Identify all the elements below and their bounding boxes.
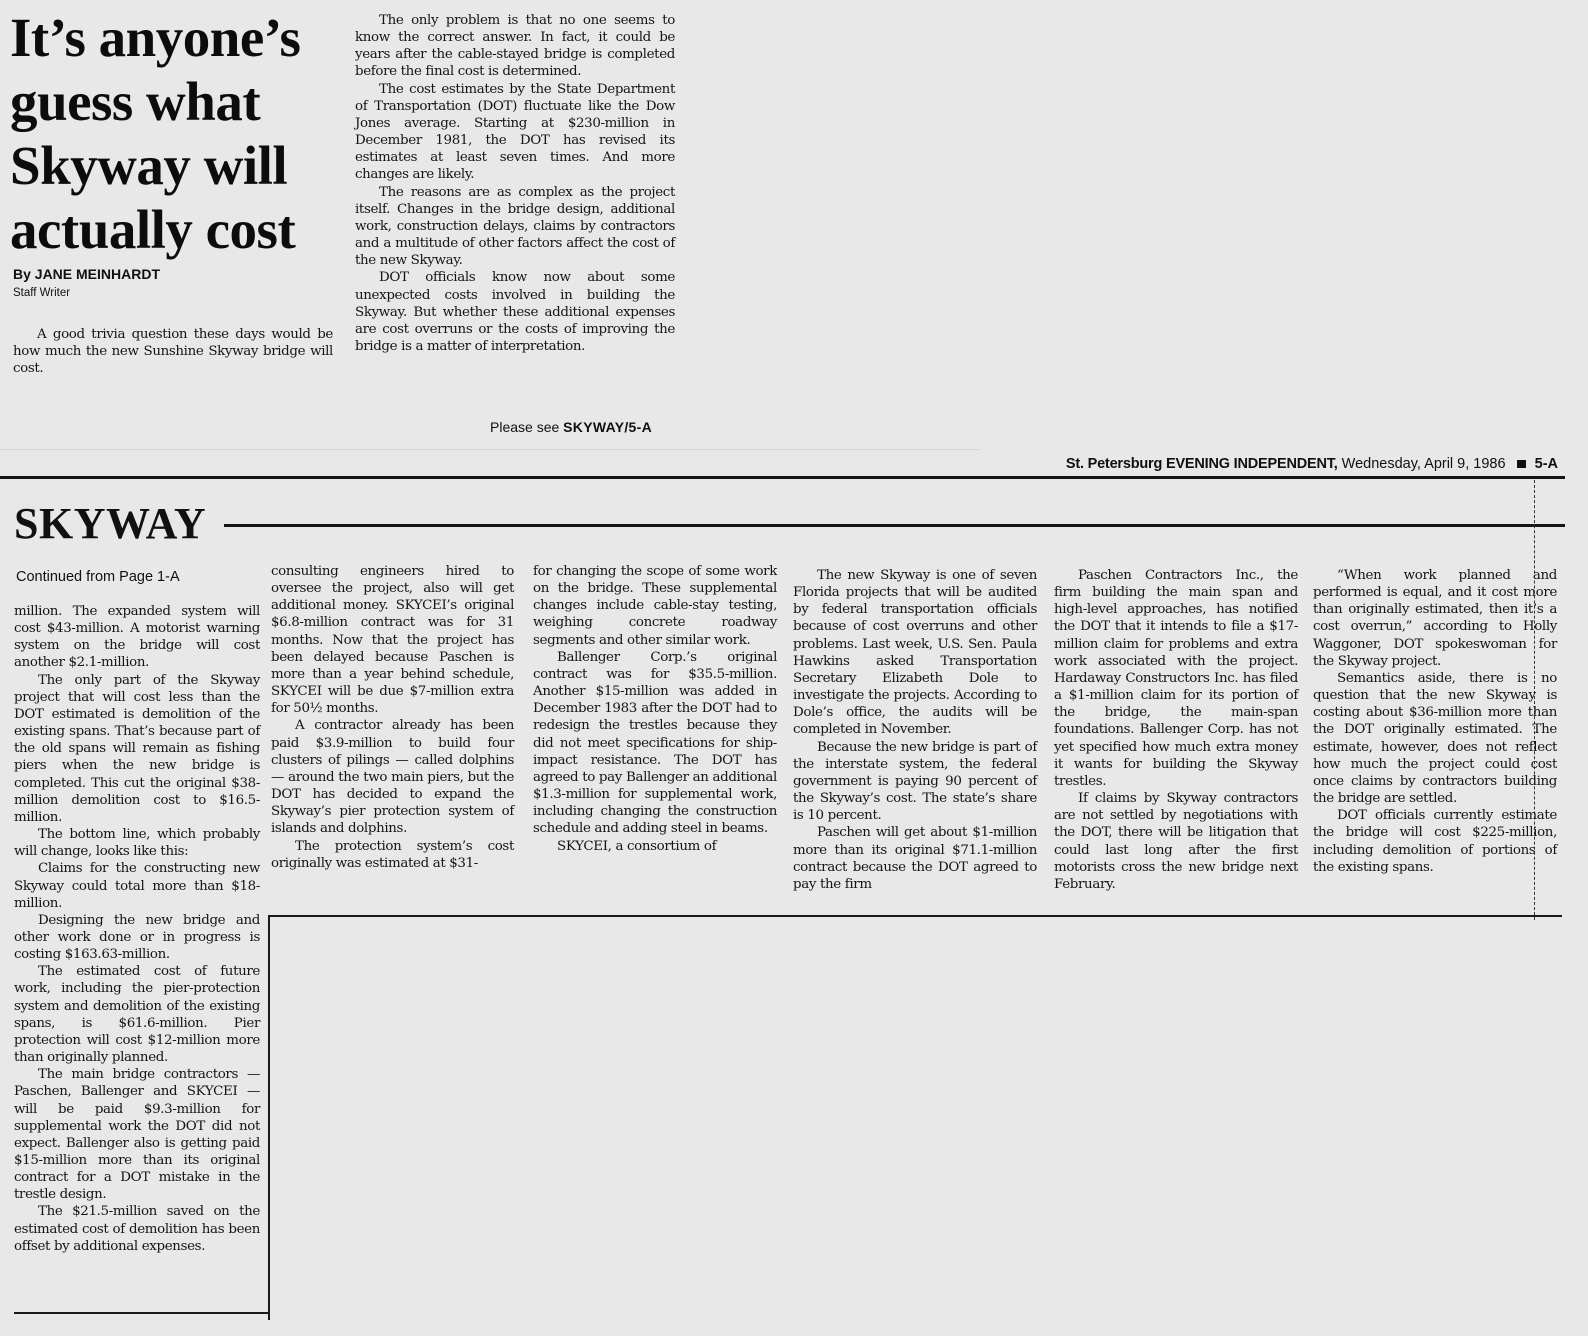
column-1-side-rule: [268, 915, 270, 1320]
paragraph: The only problem is that no one seems to…: [355, 12, 675, 81]
folio-date: Wednesday, April 9, 1986: [1342, 456, 1506, 472]
square-bullet-icon: [1517, 460, 1526, 468]
paragraph: consulting engineers hired to oversee th…: [271, 563, 514, 717]
jump-target: SKYWAY/5-A: [563, 419, 652, 435]
jump-headline-rule: [224, 524, 1565, 527]
paragraph: million. The expanded system will cost $…: [14, 603, 260, 672]
paragraph: SKYCEI, a consortium of: [533, 838, 777, 855]
clipping-edge-divider: [0, 449, 980, 450]
jump-headline: SKYWAY: [14, 498, 206, 550]
article-bottom-rule: [270, 915, 1562, 917]
paragraph: Paschen will get about $1-million more t…: [793, 824, 1037, 893]
paragraph: “When work planned and performed is equa…: [1313, 567, 1557, 670]
jump-prefix: Please see: [490, 419, 559, 435]
paragraph: The bottom line, which probably will cha…: [14, 826, 260, 860]
byline: By JANE MEINHARDT: [13, 265, 160, 283]
paragraph: The estimated cost of future work, inclu…: [14, 963, 260, 1066]
column-1-bottom-rule: [14, 1312, 270, 1314]
paragraph: The cost estimates by the State Departme…: [355, 81, 675, 184]
jump-column-4: The new Skyway is one of seven Florida p…: [793, 567, 1037, 893]
paragraph: DOT officials currently estimate the bri…: [1313, 807, 1557, 876]
front-page-column-2: The only problem is that no one seems to…: [355, 12, 675, 355]
continued-from-label: Continued from Page 1-A: [16, 568, 180, 586]
intro-column: A good trivia question these days would …: [13, 326, 333, 377]
paragraph: Claims for the constructing new Skyway c…: [14, 860, 260, 911]
paragraph: Semantics aside, there is no question th…: [1313, 670, 1557, 807]
jump-column-1: million. The expanded system will cost $…: [14, 603, 260, 1255]
paragraph: Because the new bridge is part of the in…: [793, 739, 1037, 825]
paragraph: Designing the new bridge and other work …: [14, 912, 260, 963]
page-folio: St. Petersburg EVENING INDEPENDENT, Wedn…: [1066, 455, 1558, 473]
paragraph: The $21.5-million saved on the estimated…: [14, 1203, 260, 1254]
byline-role: Staff Writer: [13, 286, 70, 300]
paragraph: The new Skyway is one of seven Florida p…: [793, 567, 1037, 739]
paragraph: Paschen Contractors Inc., the firm build…: [1054, 567, 1298, 790]
folio-rule: [0, 476, 1565, 479]
paragraph: The protection system’s cost originally …: [271, 838, 514, 872]
jump-column-3: for changing the scope of some work on t…: [533, 563, 777, 855]
jump-column-2: consulting engineers hired to oversee th…: [271, 563, 514, 872]
paragraph: The only part of the Skyway project that…: [14, 672, 260, 826]
paragraph: A contractor already has been paid $3.9-…: [271, 717, 514, 837]
newspaper-name: St. Petersburg EVENING INDEPENDENT,: [1066, 456, 1338, 472]
paragraph: The main bridge contractors — Paschen, B…: [14, 1066, 260, 1203]
jump-column-6: “When work planned and performed is equa…: [1313, 567, 1557, 876]
article-headline: It’s anyone’s guess what Skyway will act…: [10, 6, 340, 262]
paragraph: Ballenger Corp.’s original contract was …: [533, 649, 777, 838]
paragraph: DOT officials know now about some unexpe…: [355, 269, 675, 355]
paragraph: The reasons are as complex as the projec…: [355, 184, 675, 270]
jump-column-5: Paschen Contractors Inc., the firm build…: [1054, 567, 1298, 893]
jump-line: Please see SKYWAY/5-A: [490, 418, 652, 436]
paragraph: for changing the scope of some work on t…: [533, 563, 777, 649]
page-number: 5-A: [1535, 456, 1558, 472]
intro-paragraph: A good trivia question these days would …: [13, 326, 333, 377]
paragraph: If claims by Skyway contractors are not …: [1054, 790, 1298, 893]
